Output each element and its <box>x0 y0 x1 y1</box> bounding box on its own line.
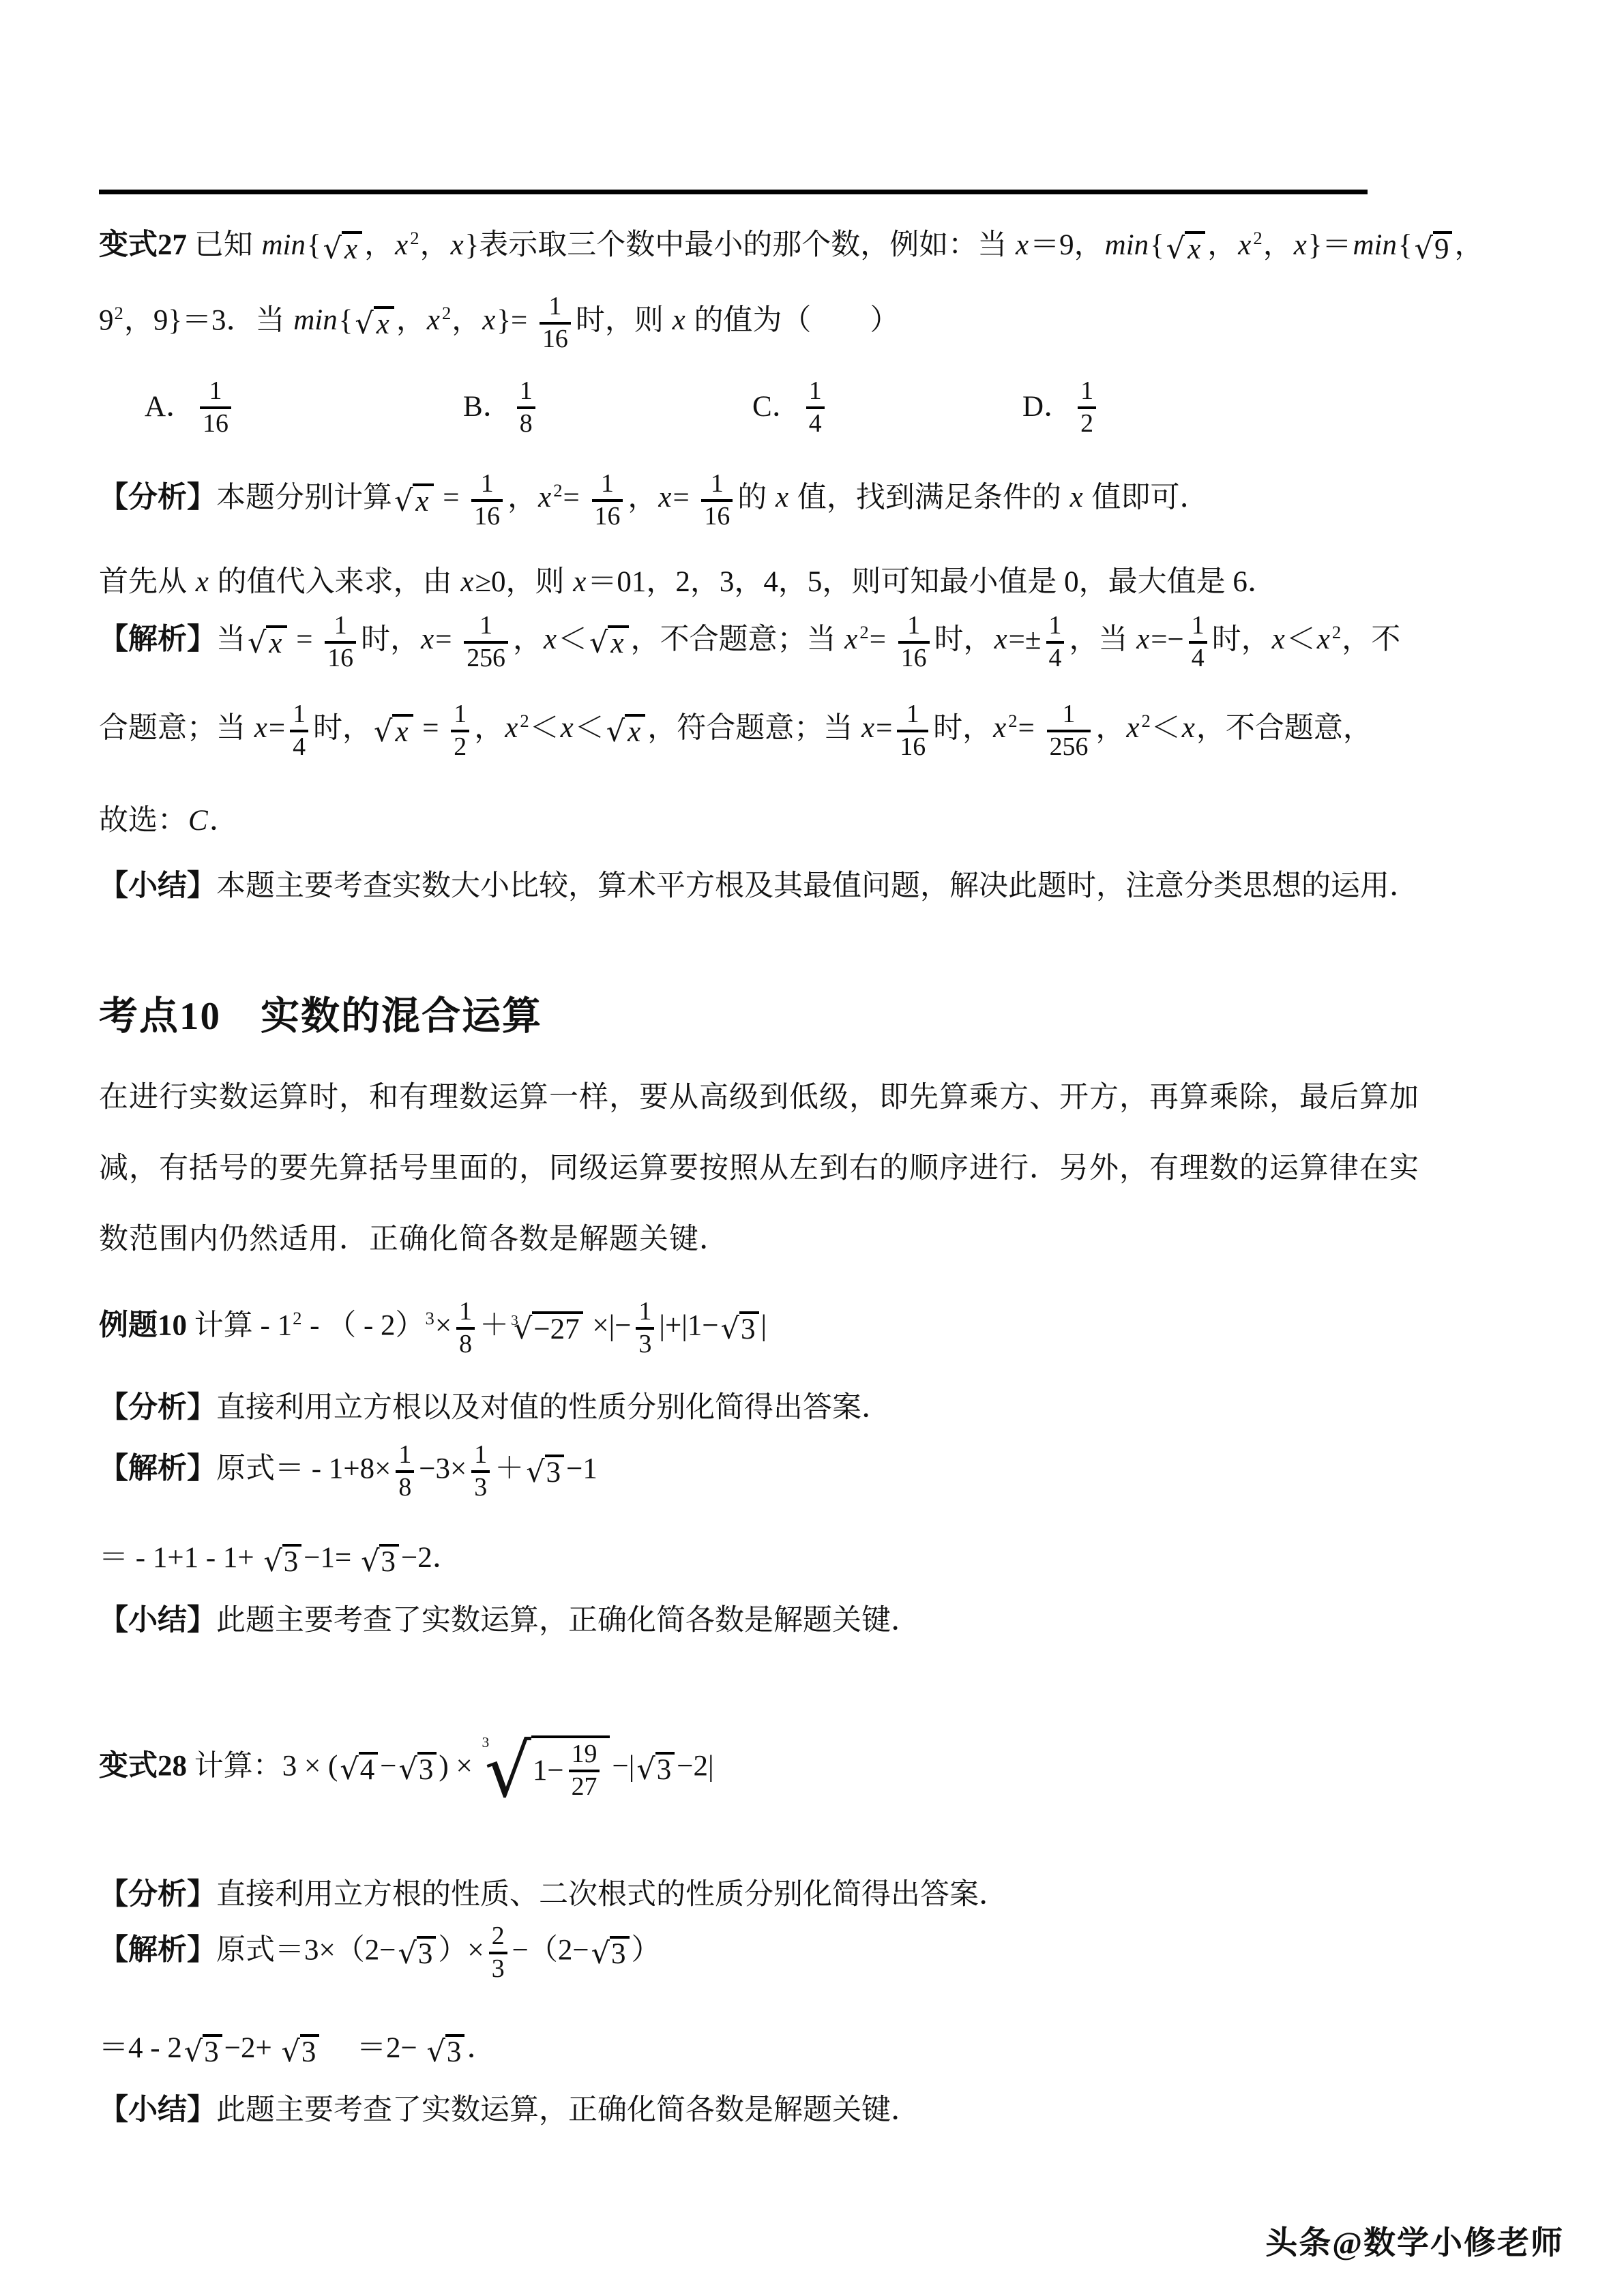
square-root: √x <box>248 625 287 659</box>
square-root: √x <box>355 306 394 340</box>
variation27-problem-line-1: 变式27 已知 min{√x，x2，x}表示取三个数中最小的那个数，例如：当 x… <box>99 224 1483 268</box>
topic10-heading-title: 实数的混合运算 <box>261 995 542 1038</box>
variation27-options: A．116 B．18 C．14 D．12 <box>145 376 1101 438</box>
square-root: √x <box>374 714 413 747</box>
fraction: 14 <box>290 700 308 762</box>
footer-watermark: 头条@数学小修老师 <box>1265 2218 1564 2263</box>
variation27-analysis-line-2: 首先从 x 的值代入来求，由 x≥0，则 x＝01，2，3，4，5，则可知最小值… <box>99 561 1277 605</box>
fraction: 116 <box>897 700 928 762</box>
variation27-summary: 【小结】本题主要考查实数大小比较，算术平方根及其最值问题，解决此题时，注意分类思… <box>99 865 1419 909</box>
variation28-solution-line-2: ＝4 - 2√3−2+ √3＝2− √3． <box>99 2027 496 2071</box>
square-root: √3 <box>526 1455 564 1488</box>
fraction: 116 <box>540 292 571 354</box>
topic10-paragraph-line-3: 数范围内仍然适用．正确化简各数是解题关键． <box>99 1218 729 1262</box>
square-root: √3 <box>361 1544 399 1577</box>
option-d: D．12 <box>1022 376 1101 438</box>
square-root: √3 <box>263 1544 301 1577</box>
option-c: C．14 <box>752 376 1022 438</box>
variation28-problem: 变式28 计算：3 × (√4−√3) × 3√1−1927−|√3−2| <box>99 1735 714 1802</box>
example10-solution-line-2: ＝ - 1+1 - 1+ √3−1= √3−2． <box>99 1536 462 1581</box>
square-root: √3 <box>184 2034 222 2068</box>
fraction: 18 <box>396 1440 414 1502</box>
option-a: A．116 <box>145 376 463 438</box>
variation28-summary: 【小结】此题主要考查了实数运算，正确化简各数是解题关键． <box>99 2089 920 2133</box>
fraction: 1256 <box>464 611 508 673</box>
variation27-solution-line-1: 【解析】当√x = 116时，x= 1256，x＜√x，不合题意；当 x2= 1… <box>99 611 1400 673</box>
topic10-paragraph-line-2: 减，有括号的要先算括号里面的，同级运算要按照从左到右的顺序进行．另外，有理数的运… <box>99 1147 1419 1191</box>
variation27-answer: 故选：C． <box>99 799 239 844</box>
topic10-heading: 考点10实数的混合运算 <box>99 987 542 1046</box>
fraction: 14 <box>806 376 825 438</box>
variation27-analysis-line-1: 【分析】本题分别计算√x = 116，x2= 116，x= 116的 x 值，找… <box>99 469 1209 531</box>
fraction: 23 <box>489 1922 507 1984</box>
fraction: 18 <box>517 376 535 438</box>
document-page: 变式27 已知 min{√x，x2，x}表示取三个数中最小的那个数，例如：当 x… <box>0 0 1624 2296</box>
fraction: 14 <box>1189 611 1207 673</box>
fraction: 1927 <box>569 1740 600 1802</box>
option-b: B．18 <box>463 376 752 438</box>
variation28-solution-line-1: 【解析】原式＝3×（2−√3）×23−（2−√3） <box>99 1922 661 1984</box>
square-root: √x <box>323 231 363 265</box>
variation27-problem-line-2: 92，9}＝3．当 min{√x，x2，x}= 116时，则 x 的值为（ ） <box>99 292 899 354</box>
fraction: 13 <box>471 1440 490 1502</box>
square-root: √3 <box>721 1311 759 1345</box>
square-root: √x <box>606 714 646 747</box>
fraction: 116 <box>200 376 231 438</box>
fraction: 116 <box>592 469 623 531</box>
fraction: 14 <box>1046 611 1065 673</box>
fraction: 116 <box>701 469 733 531</box>
fraction: 116 <box>325 611 356 673</box>
square-root: √3 <box>591 1936 630 1969</box>
fraction: 13 <box>636 1297 654 1359</box>
square-root: √3 <box>399 1752 437 1785</box>
fraction: 12 <box>1078 376 1096 438</box>
cube-root: 3√1−1927 <box>482 1735 610 1802</box>
square-root: √9 <box>1415 231 1453 265</box>
example10-summary: 【小结】此题主要考查了实数运算，正确化简各数是解题关键． <box>99 1599 920 1643</box>
square-root: √3 <box>427 2034 465 2068</box>
topic10-heading-label: 考点10 <box>99 995 221 1038</box>
cube-root: 3√−27 <box>511 1311 583 1345</box>
fraction: 116 <box>898 611 930 673</box>
fraction: 12 <box>451 700 469 762</box>
topic10-paragraph-line-1: 在进行实数运算时，和有理数运算一样，要从高级到低级，即先算乘方、开方，再算乘除，… <box>99 1076 1419 1120</box>
square-root: √3 <box>636 1752 675 1785</box>
example10-problem: 例题10 计算 - 12 - （ - 2）3×18＋3√−27 ×|−13|+|… <box>99 1297 767 1359</box>
square-root: √3 <box>282 2034 320 2068</box>
fraction: 116 <box>471 469 503 531</box>
fraction: 18 <box>456 1297 475 1359</box>
fraction: 1256 <box>1047 700 1091 762</box>
top-rule-divider <box>99 190 1368 194</box>
example10-solution-line-1: 【解析】原式＝ - 1+8×18−3×13＋√3−1 <box>99 1440 597 1502</box>
square-root: √3 <box>398 1936 437 1969</box>
variation28-analysis: 【分析】直接利用立方根的性质、二次根式的性质分别化简得出答案． <box>99 1873 1008 1918</box>
square-root: √x <box>1166 231 1206 265</box>
square-root: √x <box>394 483 434 517</box>
square-root: √4 <box>340 1752 378 1785</box>
square-root: √x <box>589 625 629 659</box>
variation27-solution-line-2: 合题意；当 x=14时，√x = 12，x2＜x＜√x，符合题意；当 x=116… <box>99 700 1372 762</box>
example10-analysis: 【分析】直接利用立方根以及对值的性质分别化简得出答案． <box>99 1386 891 1431</box>
